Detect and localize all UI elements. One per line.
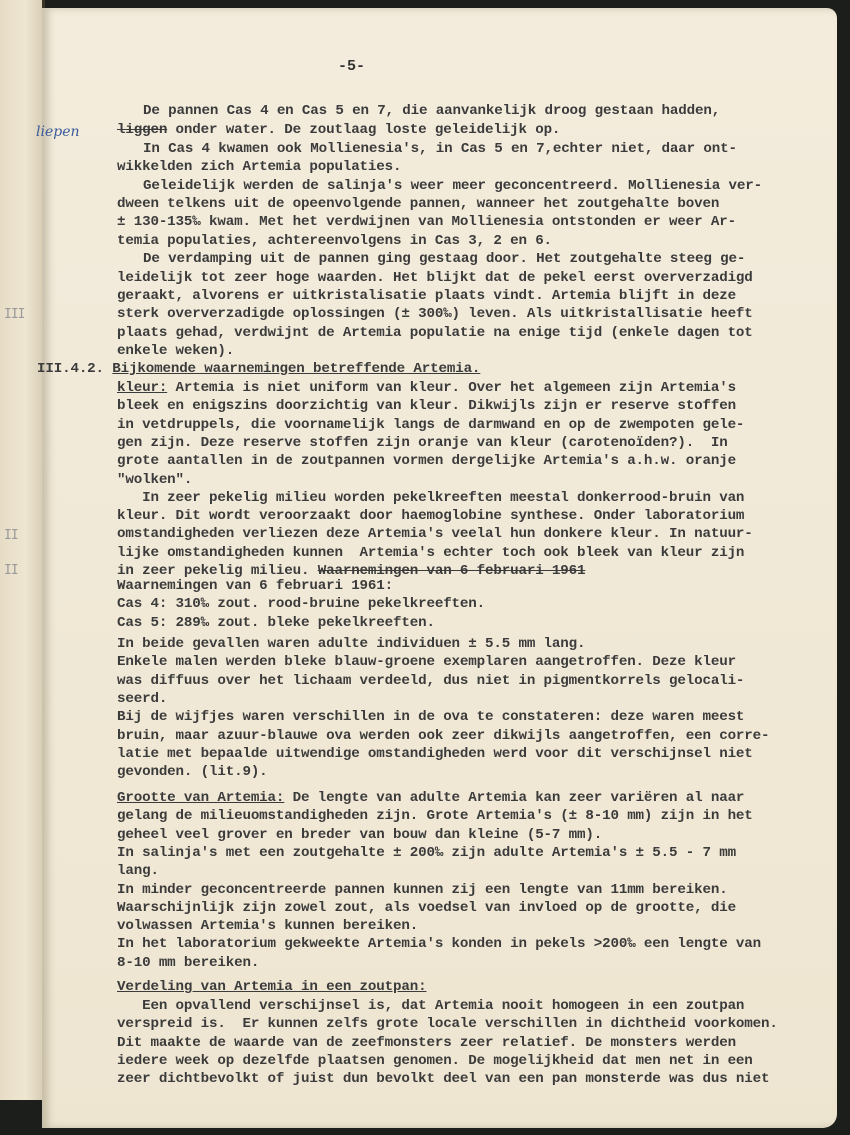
previous-page-edge: III II II bbox=[0, 0, 45, 1100]
paragraph-grootte: Grootte van Artemia: De lengte van adult… bbox=[117, 790, 744, 806]
text-line: temia populaties, achtereenvolgens in Ca… bbox=[117, 233, 552, 249]
margin-mark: III bbox=[4, 307, 24, 322]
text-line: plaats gehad, verdwijnt de Artemia popul… bbox=[117, 325, 753, 341]
text-line: gelang de milieuomstandigheden zijn. Gro… bbox=[117, 808, 753, 824]
text-line: enkele weken). bbox=[117, 343, 234, 359]
text-line: volwassen Artemia's kunnen bereiken. bbox=[117, 918, 418, 934]
text-line: verspreid is. Er kunnen zelfs grote loca… bbox=[117, 1016, 778, 1032]
text-line: iedere week op dezelfde plaatsen genomen… bbox=[117, 1053, 753, 1069]
section-heading: III.4.2. Bijkomende waarnemingen betreff… bbox=[37, 361, 480, 377]
text-line: lijke omstandigheden kunnen Artemia's ec… bbox=[117, 545, 744, 561]
text-line: omstandigheden verliezen deze Artemia's … bbox=[117, 526, 753, 542]
text-line: zeer dichtbevolkt of juist dun bevolkt d… bbox=[117, 1071, 769, 1087]
subheading-verdeling: Verdeling van Artemia in een zoutpan: bbox=[117, 979, 426, 995]
text-line: seerd. bbox=[117, 691, 167, 707]
text-line: Bij de wijfjes waren verschillen in de o… bbox=[117, 709, 744, 725]
text-line: ± 130-135‰ kwam. Met het verdwijnen van … bbox=[117, 214, 736, 230]
text-line: bruin, maar azuur-blauwe ova werden ook … bbox=[117, 728, 769, 744]
text-line: liggen onder water. De zoutlaag loste ge… bbox=[117, 122, 560, 138]
text-line: In zeer pekelig milieu worden pekelkreef… bbox=[117, 490, 744, 506]
text-line: bleek en enigszins doorzichtig van kleur… bbox=[117, 398, 736, 414]
text-line: dween telkens uit de opeenvolgende panne… bbox=[117, 196, 719, 212]
text-line: In beide gevallen waren adulte individue… bbox=[117, 636, 585, 652]
observation-item: Cas 4: 310‰ zout. rood-bruine pekelkreef… bbox=[117, 596, 485, 612]
observation-title: Waarnemingen van 6 februari 1961: bbox=[117, 578, 393, 594]
text-line: Waarschijnlijk zijn zowel zout, als voed… bbox=[117, 900, 736, 916]
text-line: De pannen Cas 4 en Cas 5 en 7, die aanva… bbox=[143, 103, 720, 119]
text-line: geraakt, alvorens er uitkristalisatie pl… bbox=[117, 288, 736, 304]
text-line: In salinja's met een zoutgehalte ± 200‰ … bbox=[117, 845, 736, 861]
handwritten-correction: liepen bbox=[36, 124, 80, 140]
text-line: In minder geconcentreerde pannen kunnen … bbox=[117, 882, 728, 898]
text-line: gevonden. (lit.9). bbox=[117, 764, 268, 780]
text-line: lang. bbox=[117, 863, 159, 879]
text-line: in zeer pekelig milieu. Waarnemingen van… bbox=[117, 563, 585, 579]
page-number: -5- bbox=[338, 58, 365, 75]
margin-mark: II bbox=[4, 528, 18, 543]
text-line: in vetdruppels, die voornamelijk langs d… bbox=[117, 417, 744, 433]
text-line: leidelijk tot zeer hoge waarden. Het bli… bbox=[117, 270, 753, 286]
text-line: Dit maakte de waarde van de zeefmonsters… bbox=[117, 1035, 736, 1051]
text-line: grote aantallen in de zoutpannen vormen … bbox=[117, 453, 736, 469]
text-line: In Cas 4 kwamen ook Mollienesia's, in Ca… bbox=[143, 141, 737, 157]
text-line: gen zijn. Deze reserve stoffen zijn oran… bbox=[117, 435, 728, 451]
paragraph-kleur: kleur: Artemia is niet uniform van kleur… bbox=[117, 380, 736, 396]
text-line: sterk oververzadigde oplossingen (± 300‰… bbox=[117, 306, 753, 322]
text-line: 8-10 mm bereiken. bbox=[117, 955, 259, 971]
text-line: geheel veel grover en breder van bouw da… bbox=[117, 827, 602, 843]
margin-mark: II bbox=[4, 563, 18, 578]
text-line: De verdamping uit de pannen ging gestaag… bbox=[143, 251, 745, 267]
observation-item: Cas 5: 289‰ zout. bleke pekelkreeften. bbox=[117, 615, 435, 631]
text-line: "wolken". bbox=[117, 472, 192, 488]
text-line: Geleidelijk werden de salinja's weer mee… bbox=[143, 178, 762, 194]
text-line: Enkele malen werden bleke blauw-groene e… bbox=[117, 654, 736, 670]
text-line: wikkelden zich Artemia populaties. bbox=[117, 159, 401, 175]
text-line: kleur. Dit wordt veroorzaakt door haemog… bbox=[117, 508, 744, 524]
text-line: latie met bepaalde uitwendige omstandigh… bbox=[117, 746, 753, 762]
text-line: was diffuus over het lichaam verdeeld, d… bbox=[117, 673, 744, 689]
text-line: In het laboratorium gekweekte Artemia's … bbox=[117, 936, 761, 952]
text-line: Een opvallend verschijnsel is, dat Artem… bbox=[117, 998, 744, 1014]
